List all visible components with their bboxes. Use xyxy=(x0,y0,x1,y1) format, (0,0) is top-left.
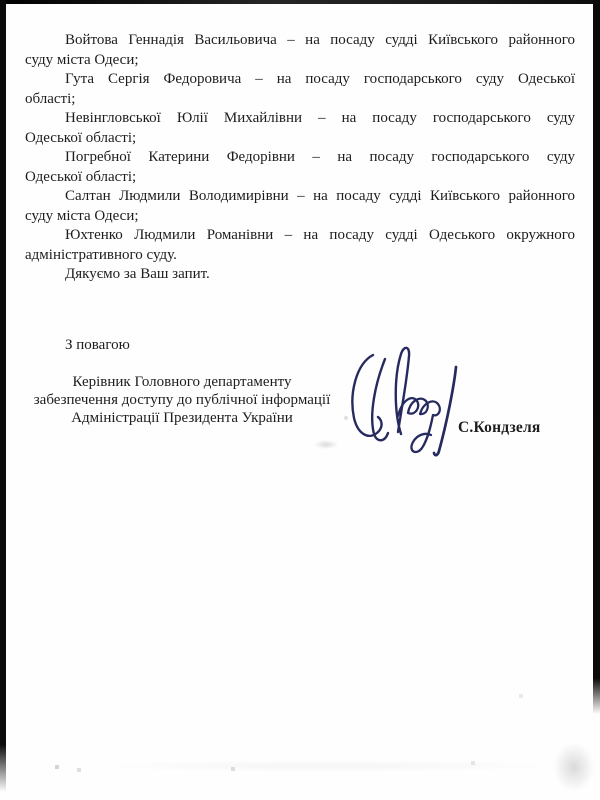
document-line: Погребної Катерини Федорівни – на посаду… xyxy=(25,148,575,168)
document-line: Гута Сергія Федоровича – на посаду госпо… xyxy=(25,70,575,90)
scan-noise-row xyxy=(90,760,560,772)
scan-noise-smudge xyxy=(314,440,338,449)
document-page: Войтова Геннадія Васильовича – на посаду… xyxy=(0,0,600,800)
signature-title-line-2: забезпечення доступу до публічної інформ… xyxy=(24,391,340,409)
closing-salutation: З повагою xyxy=(25,336,575,356)
document-line: Невінгловської Юлії Михайлівни – на поса… xyxy=(25,109,575,129)
document-line: адміністративного суду. xyxy=(25,246,575,266)
signer-name: С.Кондзеля xyxy=(458,419,540,437)
document-line: області; xyxy=(25,90,575,110)
document-line: Одеської області; xyxy=(25,168,575,188)
scan-noise-specks xyxy=(0,0,2,2)
signature-title-line-3: Адміністрації Президента України xyxy=(24,409,340,427)
scan-edge-right xyxy=(593,0,600,714)
thanks-line: Дякуємо за Ваш запит. xyxy=(25,265,575,285)
document-line: Войтова Геннадія Васильовича – на посаду… xyxy=(25,31,575,51)
signature-title-line-1: Керівник Головного департаменту xyxy=(24,373,340,391)
scan-edge-left xyxy=(0,0,6,792)
document-line: Салтан Людмили Володимирівни – на посаду… xyxy=(25,187,575,207)
document-line: Юхтенко Людмили Романівни – на посаду су… xyxy=(25,226,575,246)
document-body: Войтова Геннадія Васильовича – на посаду… xyxy=(25,31,575,265)
document-line: суду міста Одеси; xyxy=(25,207,575,227)
signature-title-block: Керівник Головного департаменту забезпеч… xyxy=(24,373,340,427)
document-line: суду міста Одеси; xyxy=(25,51,575,71)
handwritten-signature-icon xyxy=(344,342,468,466)
document-line: Одеської області; xyxy=(25,129,575,149)
scan-edge-top xyxy=(0,0,600,4)
